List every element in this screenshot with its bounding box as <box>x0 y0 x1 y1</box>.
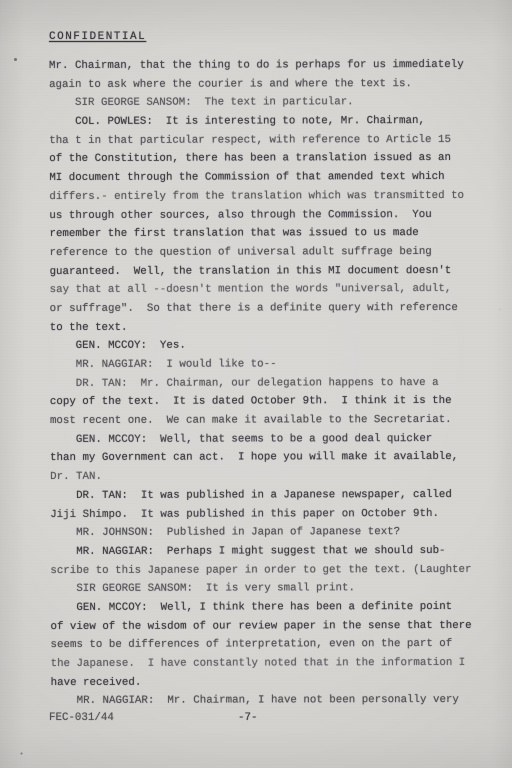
text-line: seems to be differences of interpretatio… <box>51 635 491 655</box>
text-line: of view of the wisdom of our review pape… <box>50 616 490 636</box>
text-line: the Japanese. I have constantly noted th… <box>51 654 491 674</box>
text-line: of the Constitution, there has been a tr… <box>49 149 489 169</box>
text-line: again to ask where the courier is and wh… <box>49 75 489 95</box>
text-line: MR. NAGGIAR: Mr. Chairman, I have not be… <box>51 691 491 711</box>
text-line: or suffrage". So that there is a definit… <box>50 299 490 319</box>
page-footer: FEC-031/44 -7- <box>0 712 512 732</box>
scan-speck <box>14 58 17 61</box>
document-page: CONFIDENTIAL Mr. Chairman, that the thin… <box>0 0 512 768</box>
text-line: tha t in that particular respect, with r… <box>49 131 489 151</box>
text-line: than my Government can act. I hope you w… <box>50 448 490 468</box>
text-line: to the text. <box>50 317 490 337</box>
page-number: -7- <box>238 712 257 724</box>
text-line: copy of the text. It is dated October 9t… <box>50 392 490 412</box>
text-line: us through other sources, also through t… <box>49 205 489 225</box>
text-line: DR. TAN: Mr. Chairman, our delegation ha… <box>50 374 490 394</box>
text-line: GEN. MCCOY: Well, that seems to be a goo… <box>50 430 490 450</box>
document-text: Mr. Chairman, that the thing to do is pe… <box>49 56 491 711</box>
text-line: scribe to this Japanese paper in order t… <box>50 560 490 580</box>
classification-stamp: CONFIDENTIAL <box>49 31 146 43</box>
text-line: SIR GEORGE SANSOM: The text in particula… <box>49 93 489 113</box>
text-line: Jiji Shimpo. It was published in this pa… <box>50 504 490 524</box>
document-number: FEC-031/44 <box>49 712 114 724</box>
text-line: COL. POWLES: It is interesting to note, … <box>49 112 489 132</box>
text-line: most recent one. We can make it availabl… <box>50 411 490 431</box>
text-line: say that at all --doesn't mention the wo… <box>50 280 490 300</box>
text-line: GEN. MCCOY: Yes. <box>50 336 490 356</box>
text-line: Dr. TAN. <box>50 467 490 487</box>
text-line: Mr. Chairman, that the thing to do is pe… <box>49 56 489 76</box>
text-line: GEN. MCCOY: Well, I think there has been… <box>50 598 490 618</box>
text-line: MR. NAGGIAR: Perhaps I might suggest tha… <box>50 542 490 562</box>
text-line: MI document through the Commission of th… <box>49 168 489 188</box>
text-line: MR. NAGGIAR: I would like to-- <box>50 355 490 375</box>
text-line: DR. TAN: It was published in a Japanese … <box>50 486 490 506</box>
text-line: SIR GEORGE SANSOM: It is very small prin… <box>50 579 490 599</box>
text-line: differs.- entirely from the translation … <box>49 187 489 207</box>
text-line: reference to the question of universal a… <box>49 243 489 263</box>
text-line: guaranteed. Well, the translation in thi… <box>50 261 490 281</box>
text-line: MR. JOHNSON: Published in Japan of Japan… <box>50 523 490 543</box>
text-line: remember the first translation that was … <box>49 224 489 244</box>
text-line: have received. <box>51 673 491 693</box>
